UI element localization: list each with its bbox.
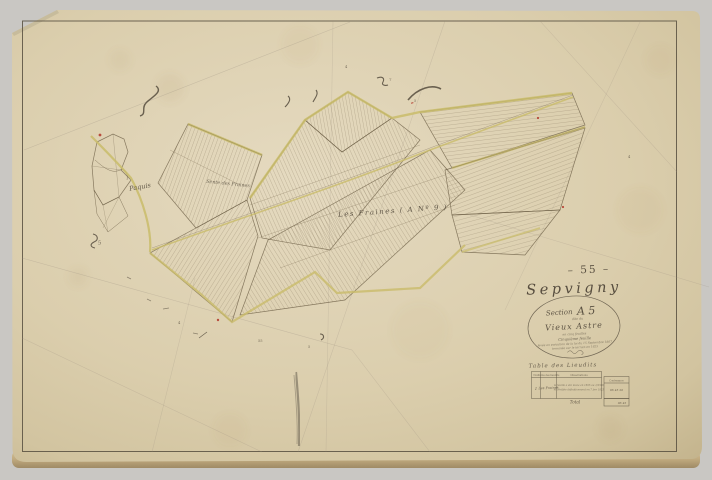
table-cont-total: 96 45: [618, 401, 627, 405]
dite-label: dite du: [572, 317, 584, 322]
table-header-cont: Contenance: [609, 380, 624, 383]
table-header-names: Noms des lieudits: [538, 374, 560, 377]
table-obs-line2: et vérifiée définitivement en 7.bre 1825: [554, 389, 605, 392]
table-total-label: Total: [570, 400, 581, 405]
table-obs-line1: la feuille a été levée en 1825 au 1/2500: [554, 384, 604, 387]
section-word: Section: [546, 308, 574, 317]
scanned-map-page: Paquis Sente des Fraines Les Fraines ( A…: [0, 0, 712, 480]
table-header-obs: Observations: [570, 373, 588, 377]
cadastral-map-scan: Paquis Sente des Fraines Les Fraines ( A…: [0, 0, 712, 480]
table-title: Table des Lieudits: [529, 362, 598, 369]
table-row-no: 1: [535, 387, 537, 391]
survey-mark: 55: [258, 339, 263, 343]
department-number: – 55 –: [567, 263, 610, 276]
table-cont-value: 96 45 20: [610, 388, 623, 392]
